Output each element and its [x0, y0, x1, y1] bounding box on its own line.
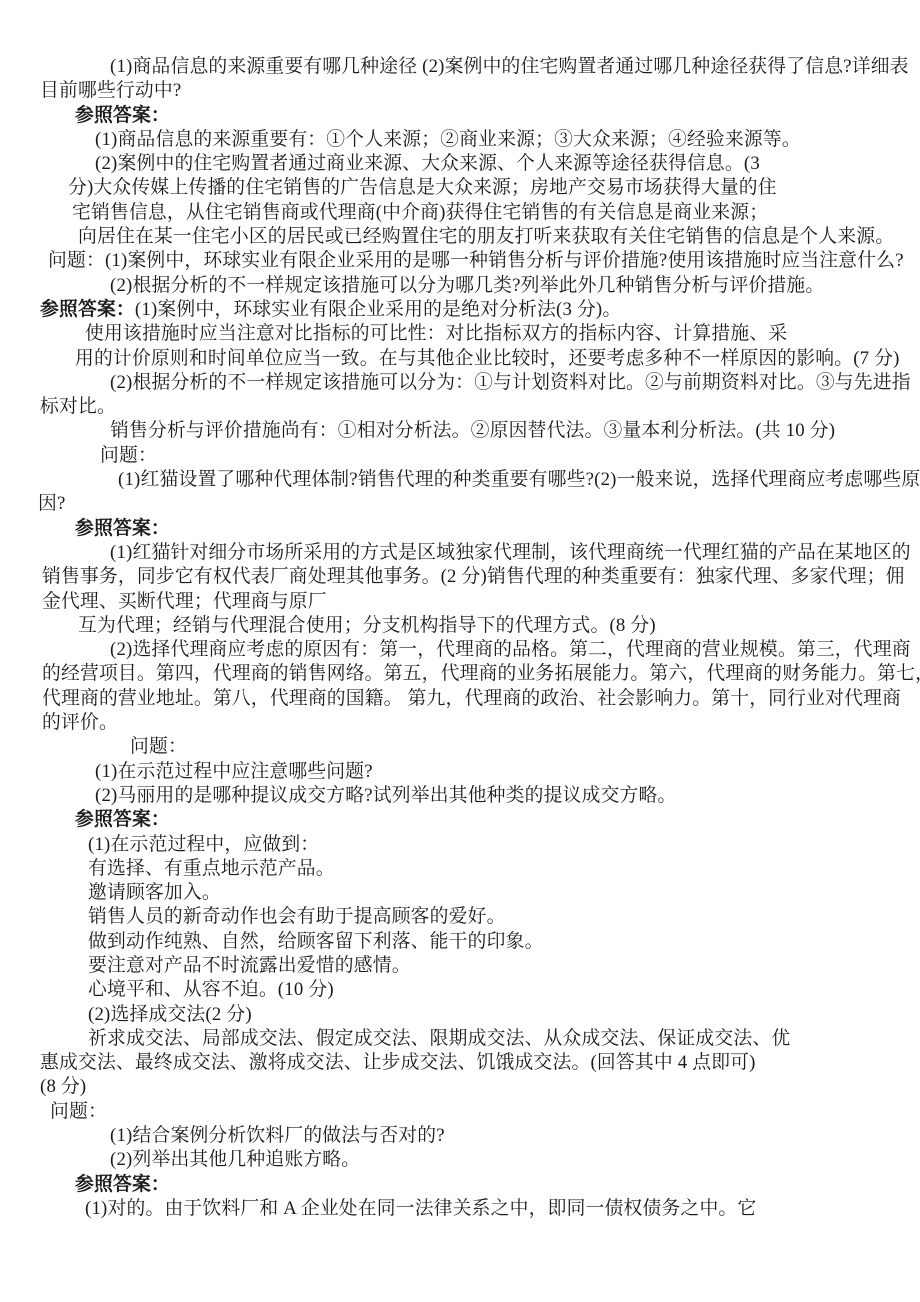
answer-heading: 参照答案： — [40, 299, 135, 320]
text-line: 惠成交法、最终成交法、激将成交法、让步成交法、饥饿成交法。(回答其中 4 点即可… — [0, 1051, 920, 1075]
text-line: 问题：(1)案例中，环球实业有限企业采用的是哪一种销售分析与评价措施?使用该措施… — [0, 249, 920, 273]
text-run: 向居住在某一住宅小区的居民或已经购置住宅的朋友打听来获取有关住宅销售的信息是个人… — [78, 226, 894, 247]
text-run: 代理商的营业地址。第八，代理商的国籍。 第九，代理商的政治、社会影响力。第十，同… — [42, 688, 901, 709]
text-line: 参照答案：(1)案例中，环球实业有限企业采用的是绝对分析法(3 分)。 — [0, 298, 920, 322]
text-run: 宅销售信息，从住宅销售商或代理商(中介商)获得住宅销售的有关信息是商业来源； — [72, 202, 768, 223]
text-run: (2)案例中的住宅购置者通过商业来源、大众来源、个人来源等途径获得信息。(3 — [95, 153, 760, 174]
text-line: (1)商品信息的来源重要有哪几种途径 (2)案例中的住宅购置者通过哪几种途径获得… — [0, 55, 920, 79]
text-line: (1)红猫针对细分市场所采用的方式是区域独家代理制，该代理商统一代理红猫的产品在… — [0, 541, 920, 565]
text-run: (1)红猫针对细分市场所采用的方式是区域独家代理制，该代理商统一代理红猫的产品在… — [110, 542, 911, 563]
text-run: 销售人员的新奇动作也会有助于提高顾客的爱好。 — [88, 906, 506, 927]
text-line: 分)大众传媒上传播的住宅销售的广告信息是大众来源；房地产交易市场获得大量的住 — [0, 176, 920, 200]
text-run: (1)在示范过程中应注意哪些问题? — [95, 761, 373, 782]
text-line: (2)马丽用的是哪种提议成交方略?试列举出其他种类的提议成交方略。 — [0, 784, 920, 808]
text-run: 因? — [38, 493, 66, 514]
text-run: (1)结合案例分析饮料厂的做法与否对的? — [110, 1125, 445, 1146]
text-line: 有选择、有重点地示范产品。 — [0, 857, 920, 881]
text-line: 问题： — [0, 1100, 920, 1124]
text-line: (2)列举出其他几种追账方略。 — [0, 1148, 920, 1172]
text-run: 用的计价原则和时间单位应当一致。在与其他企业比较时，还要考虑多种不一样原因的影响… — [75, 348, 900, 369]
text-run: 销售分析与评价措施尚有：①相对分析法。②原因替代法。③量本利分析法。(共 10 … — [110, 420, 835, 441]
text-line: (2)选择成交法(2 分) — [0, 1003, 920, 1027]
text-run: (2)根据分析的不一样规定该措施可以分为哪几类?列举此外几种销售分析与评价措施。 — [110, 275, 824, 296]
text-line: 参照答案： — [0, 1173, 920, 1197]
text-line: 的经营项目。第四，代理商的销售网络。第五，代理商的业务拓展能力。第六，代理商的财… — [0, 662, 920, 686]
text-line: (1)在示范过程中应注意哪些问题? — [0, 760, 920, 784]
document-page: (1)商品信息的来源重要有哪几种途径 (2)案例中的住宅购置者通过哪几种途径获得… — [0, 0, 920, 1302]
text-line: 金代理、买断代理；代理商与原厂 — [0, 590, 920, 614]
text-line: 心境平和、从容不迫。(10 分) — [0, 978, 920, 1002]
text-line: 销售分析与评价措施尚有：①相对分析法。②原因替代法。③量本利分析法。(共 10 … — [0, 419, 920, 443]
text-line: 的评价。 — [0, 711, 920, 735]
text-line: 问题： — [0, 735, 920, 759]
text-run: 销售事务，同步它有权代表厂商处理其他事务。(2 分)销售代理的种类重要有：独家代… — [42, 566, 905, 587]
text-run: (8 分) — [40, 1076, 86, 1097]
text-run: (2)列举出其他几种追账方略。 — [110, 1149, 360, 1170]
text-run: 标对比。 — [40, 396, 116, 417]
text-run: 的评价。 — [42, 712, 118, 733]
text-line: 参照答案： — [0, 808, 920, 832]
text-run: 问题： — [100, 445, 157, 466]
answer-heading: 参照答案： — [75, 105, 170, 126]
text-line: 向居住在某一住宅小区的居民或已经购置住宅的朋友打听来获取有关住宅销售的信息是个人… — [0, 225, 920, 249]
text-run: 祈求成交法、局部成交法、假定成交法、限期成交法、从众成交法、保证成交法、优 — [88, 1028, 790, 1049]
text-line: 要注意对产品不时流露出爱惜的感情。 — [0, 954, 920, 978]
text-run: (1)商品信息的来源重要有：①个人来源；②商业来源；③大众来源；④经验来源等。 — [95, 129, 801, 150]
text-run: 目前哪些行动中? — [40, 80, 181, 101]
text-line: (1)结合案例分析饮料厂的做法与否对的? — [0, 1124, 920, 1148]
text-run: 要注意对产品不时流露出爱惜的感情。 — [88, 955, 411, 976]
text-run: (2)马丽用的是哪种提议成交方略?试列举出其他种类的提议成交方略。 — [95, 785, 677, 806]
text-line: 参照答案： — [0, 517, 920, 541]
text-run: 问题： — [50, 1101, 107, 1122]
text-run: (1)案例中，环球实业有限企业采用的是绝对分析法(3 分)。 — [135, 299, 621, 320]
text-run: 分)大众传媒上传播的住宅销售的广告信息是大众来源；房地产交易市场获得大量的住 — [68, 177, 777, 198]
text-run: (2)根据分析的不一样规定该措施可以分为：①与计划资料对比。②与前期资料对比。③… — [110, 372, 911, 393]
text-line: (1)对的。由于饮料厂和 A 企业处在同一法律关系之中，即同一债权债务之中。它 — [0, 1197, 920, 1221]
text-line: 问题： — [0, 444, 920, 468]
text-line: (1)红猫设置了哪种代理体制?销售代理的种类重要有哪些?(2)一般来说，选择代理… — [0, 468, 920, 492]
text-line: (2)选择代理商应考虑的原因有：第一，代理商的品格。第二，代理商的营业规模。第三… — [0, 638, 920, 662]
text-run: 心境平和、从容不迫。(10 分) — [88, 979, 334, 1000]
text-run: 有选择、有重点地示范产品。 — [88, 858, 335, 879]
text-line: 用的计价原则和时间单位应当一致。在与其他企业比较时，还要考虑多种不一样原因的影响… — [0, 347, 920, 371]
text-line: (1)在示范过程中，应做到： — [0, 833, 920, 857]
text-line: (2)根据分析的不一样规定该措施可以分为哪几类?列举此外几种销售分析与评价措施。 — [0, 274, 920, 298]
text-run: (2)选择成交法(2 分) — [88, 1004, 252, 1025]
text-run: 使用该措施时应当注意对比指标的可比性：对比指标双方的指标内容、计算措施、采 — [85, 323, 787, 344]
text-run: 邀请顾客加入。 — [88, 882, 221, 903]
text-run: 惠成交法、最终成交法、激将成交法、让步成交法、饥饿成交法。(回答其中 4 点即可… — [40, 1052, 756, 1073]
text-line: 标对比。 — [0, 395, 920, 419]
text-line: (8 分) — [0, 1075, 920, 1099]
answer-heading: 参照答案： — [75, 809, 170, 830]
text-run: (1)在示范过程中，应做到： — [88, 834, 319, 855]
text-line: 邀请顾客加入。 — [0, 881, 920, 905]
text-line: 销售事务，同步它有权代表厂商处理其他事务。(2 分)销售代理的种类重要有：独家代… — [0, 565, 920, 589]
document-text-body: (1)商品信息的来源重要有哪几种途径 (2)案例中的住宅购置者通过哪几种途径获得… — [0, 55, 920, 1221]
text-run: (2)选择代理商应考虑的原因有：第一，代理商的品格。第二，代理商的营业规模。第三… — [110, 639, 911, 660]
text-run: 问题：(1)案例中，环球实业有限企业采用的是哪一种销售分析与评价措施?使用该措施… — [48, 250, 904, 271]
text-line: 目前哪些行动中? — [0, 79, 920, 103]
text-line: 宅销售信息，从住宅销售商或代理商(中介商)获得住宅销售的有关信息是商业来源； — [0, 201, 920, 225]
text-run: (1)红猫设置了哪种代理体制?销售代理的种类重要有哪些?(2)一般来说，选择代理… — [118, 469, 920, 490]
answer-heading: 参照答案： — [75, 518, 170, 539]
text-run: (1)商品信息的来源重要有哪几种途径 (2)案例中的住宅购置者通过哪几种途径获得… — [110, 56, 909, 77]
answer-heading: 参照答案： — [75, 1174, 170, 1195]
text-line: 做到动作纯熟、自然，给顾客留下利落、能干的印象。 — [0, 930, 920, 954]
text-line: (1)商品信息的来源重要有：①个人来源；②商业来源；③大众来源；④经验来源等。 — [0, 128, 920, 152]
text-run: 做到动作纯熟、自然，给顾客留下利落、能干的印象。 — [88, 931, 544, 952]
text-run: (1)对的。由于饮料厂和 A 企业处在同一法律关系之中，即同一债权债务之中。它 — [85, 1198, 756, 1219]
text-line: 因? — [0, 492, 920, 516]
text-run: 的经营项目。第四，代理商的销售网络。第五，代理商的业务拓展能力。第六，代理商的财… — [42, 663, 920, 684]
text-run: 互为代理；经销与代理混合使用；分支机构指导下的代理方式。(8 分) — [78, 615, 656, 636]
text-run: 问题： — [130, 736, 187, 757]
text-line: 销售人员的新奇动作也会有助于提高顾客的爱好。 — [0, 905, 920, 929]
text-line: 互为代理；经销与代理混合使用；分支机构指导下的代理方式。(8 分) — [0, 614, 920, 638]
text-run: 金代理、买断代理；代理商与原厂 — [42, 591, 327, 612]
text-line: 使用该措施时应当注意对比指标的可比性：对比指标双方的指标内容、计算措施、采 — [0, 322, 920, 346]
text-line: (2)案例中的住宅购置者通过商业来源、大众来源、个人来源等途径获得信息。(3 — [0, 152, 920, 176]
text-line: 代理商的营业地址。第八，代理商的国籍。 第九，代理商的政治、社会影响力。第十，同… — [0, 687, 920, 711]
text-line: 参照答案： — [0, 104, 920, 128]
text-line: 祈求成交法、局部成交法、假定成交法、限期成交法、从众成交法、保证成交法、优 — [0, 1027, 920, 1051]
text-line: (2)根据分析的不一样规定该措施可以分为：①与计划资料对比。②与前期资料对比。③… — [0, 371, 920, 395]
